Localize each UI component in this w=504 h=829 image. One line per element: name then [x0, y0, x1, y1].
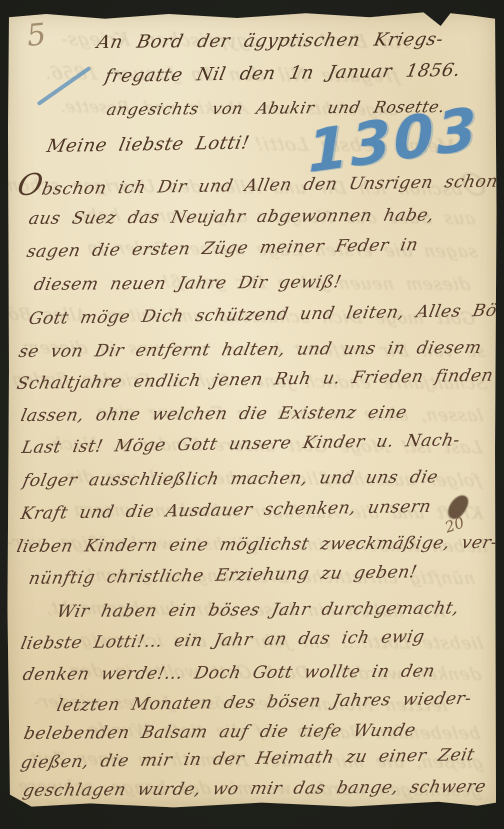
body-line: sagen die ersten Züge meiner Feder in [25, 235, 420, 262]
body-line: nünftig christliche Erziehung zu geben! [27, 562, 419, 589]
letter-page: 5 An Bord der ägyptischen Kriegs- fregat… [7, 10, 497, 809]
body-line: lieben Kindern eine möglichst zweckmäßig… [15, 533, 499, 557]
handwriting-layer: 5 An Bord der ägyptischen Kriegs- fregat… [7, 10, 497, 809]
body-line: Last ist! Möge Gott unsere Kinder u. Nac… [20, 430, 462, 458]
body-line: belebenden Balsam auf die tiefe Wunde [22, 721, 418, 744]
letter-header-line: fregatte Nil den 1n Januar 1856. [103, 60, 462, 87]
body-line: letzten Monaten des bösen Jahres wieder- [55, 689, 473, 716]
body-line: Gott möge Dich schützend und leiten, All… [27, 301, 504, 329]
body-line: denken werde!... Doch Gott wollte in den [21, 661, 437, 685]
salutation: Meine liebste Lotti! [45, 132, 251, 157]
body-line: lassen, ohne welchen die Existenz eine [19, 403, 409, 426]
scanned-letter: 5 An Bord der ägyptischen Kriegs- fregat… [0, 0, 504, 829]
body-line: se von Dir entfernt halten, und uns in d… [17, 338, 483, 362]
body-line: Kraft und die Ausdauer schenken, unsern [19, 497, 433, 524]
body-line: geschlagen wurde, wo mir das bange, schw… [21, 777, 488, 801]
body-line: Obschon ich Dir und Allen den Unsrigen s… [15, 167, 501, 200]
body-line: folger ausschließlich machen, und uns di… [21, 467, 440, 491]
body-line: diesem neuen Jahre Dir gewiß! [32, 272, 343, 295]
page-number-annotation: 5 [25, 17, 48, 54]
body-line: Wir haben ein böses Jahr durchgemacht, [55, 598, 461, 622]
letter-header-line: An Bord der ägyptischen Kriegs- [95, 29, 445, 53]
body-line: aus Suez das Neujahr abgewonnen habe, [27, 205, 436, 229]
blue-slash-mark [37, 66, 92, 106]
body-line: Schaltjahre endlich jenen Ruh u. Frieden… [15, 366, 495, 394]
body-line: gießen, die mir in der Heimath zu einer … [19, 745, 476, 773]
body-line: liebste Lotti!... ein Jahr an das ich ew… [19, 627, 426, 654]
